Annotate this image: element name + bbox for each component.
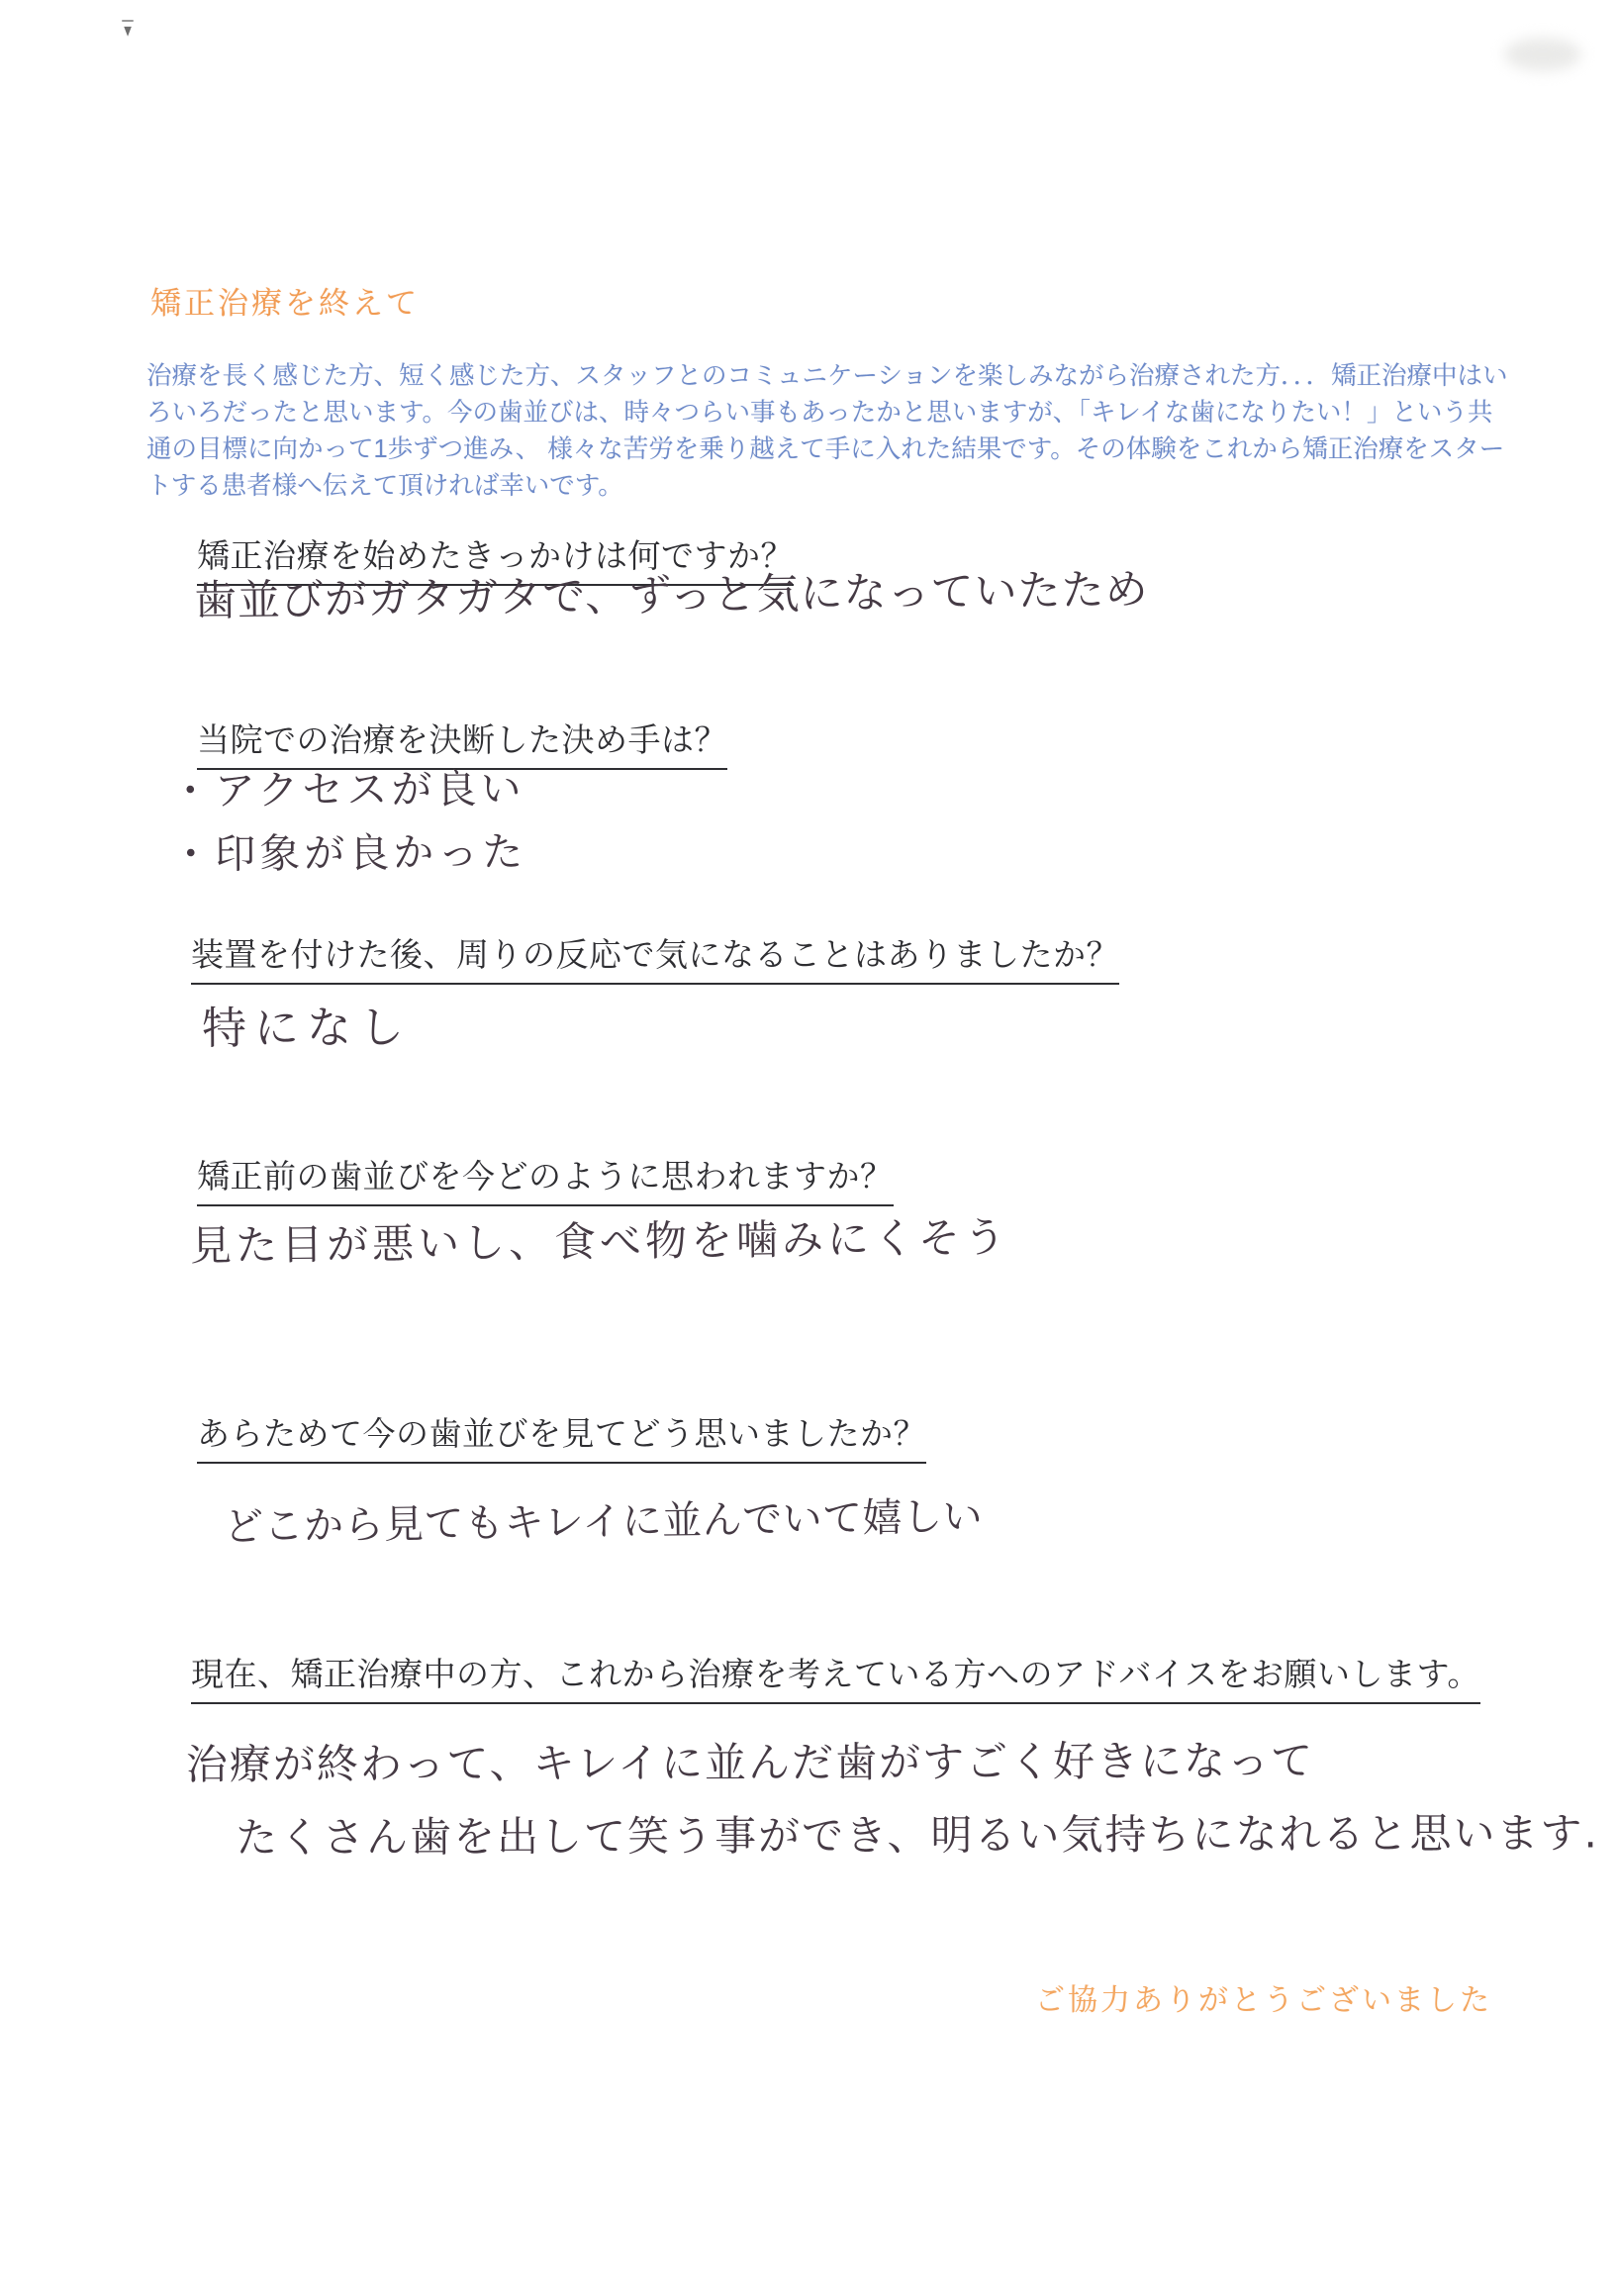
answer-line: 歯並びがガタガタで、ずっと気になっていたため [194,556,1149,628]
question-5: あらためて今の歯並びを見てどう思いましたか？ [197,1408,926,1464]
question-5-label: あらためて今の歯並びを見てどう思いましたか？ [197,1408,926,1464]
answer-3-handwritten: 特になし [202,991,412,1056]
question-6: 現在、矯正治療中の方、これから治療を考えている方へのアドバイスをお願いします。 [191,1649,1480,1704]
answer-line: ・印象が良かった [170,820,526,887]
answer-line: たくさん歯を出して笑う事ができ、明るい気持ちになれると思います. [236,1797,1599,1875]
answer-2-handwritten: ・アクセスが良い ・印象が良かった [170,757,527,887]
closing-thanks-text: ご協力ありがとうございました [1035,1975,1492,2019]
scan-artifact-smudge [1504,38,1581,71]
answer-line: 治療が終わって、キレイに並んだ歯がすごく好きになって [186,1724,1599,1802]
question-6-label: 現在、矯正治療中の方、これから治療を考えている方へのアドバイスをお願いします。 [191,1649,1480,1704]
answer-line: どこから見てもキレイに並んでいて嬉しい [224,1485,984,1553]
intro-paragraph: 治療を長く感じた方、短く感じた方、スタッフとのコミュニケーションを楽しみながら治… [146,358,1514,505]
scan-artifact-triangle-icon: ▼ [119,22,137,39]
answer-4-handwritten: 見た目が悪いし、食べ物を噛みにくそう [190,1205,1010,1274]
answer-1-handwritten: 歯並びがガタガタで、ずっと気になっていたため [194,556,1149,628]
question-4-label: 矯正前の歯並びを今どのように思われますか？ [197,1151,894,1206]
page-title: 矯正治療を終えて [150,278,420,323]
question-3: 装置を付けた後、周りの反応で気になることはありましたか？ [191,929,1119,985]
answer-5-handwritten: どこから見てもキレイに並んでいて嬉しい [224,1485,984,1553]
answer-6-handwritten: 治療が終わって、キレイに並んだ歯がすごく好きになって たくさん歯を出して笑う事が… [186,1724,1599,1875]
answer-line: 特になし [202,991,412,1056]
scanned-questionnaire-page: ▼ 矯正治療を終えて 治療を長く感じた方、短く感じた方、スタッフとのコミュニケー… [0,0,1619,2296]
answer-line: 見た目が悪いし、食べ物を噛みにくそう [190,1205,1010,1274]
answer-line: ・アクセスが良い [170,757,526,823]
question-3-label: 装置を付けた後、周りの反応で気になることはありましたか？ [191,929,1119,985]
scan-artifact-mark: ▼ [119,20,137,37]
question-4: 矯正前の歯並びを今どのように思われますか？ [197,1151,894,1206]
